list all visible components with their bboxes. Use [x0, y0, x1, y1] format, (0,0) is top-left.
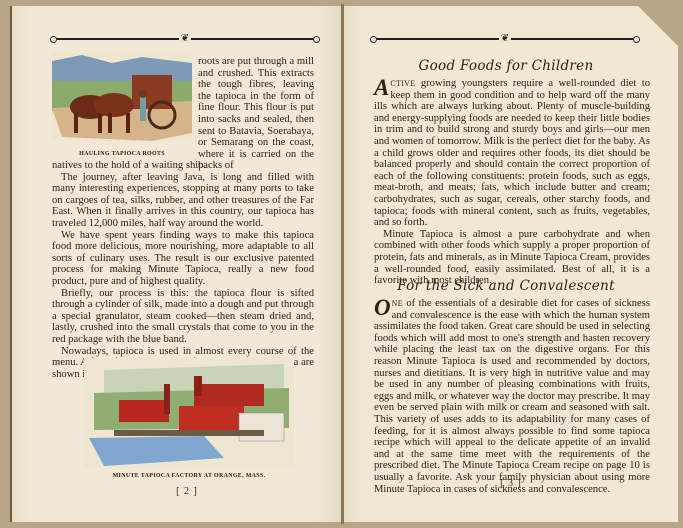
paragraph: We have spent years finding ways to make… — [52, 230, 314, 288]
oxcart-illustration — [52, 53, 192, 141]
section-heading: Good Foods for Children — [364, 58, 648, 74]
drop-cap: A — [374, 78, 389, 97]
ornament-icon: ❦ — [499, 34, 511, 43]
paragraph: One of the essentials of a desirable die… — [374, 298, 650, 495]
ornament-icon: ❦ — [179, 34, 191, 43]
factory-illustration — [84, 358, 294, 468]
section-heading: For the Sick and Convalescent — [364, 278, 648, 294]
section-body: Active growing youngsters require a well… — [374, 78, 650, 287]
figure-caption: HAULING TAPIOCA ROOTS — [52, 151, 192, 157]
drop-cap: O — [374, 298, 391, 317]
ornamental-rule: ❦ — [376, 38, 634, 40]
paragraph: natives to the hold of a waiting ship. — [52, 160, 314, 172]
figure-caption: MINUTE TAPIOCA FACTORY AT ORANGE, MASS. — [72, 473, 306, 479]
left-page: ❦ HAULING TAPIOCA ROOTS roots are put th… — [10, 6, 344, 522]
wrap-text: roots are put through a mill and crushed… — [198, 56, 314, 172]
body-text: natives to the hold of a waiting ship. T… — [52, 160, 314, 380]
paragraph: Active growing youngsters require a well… — [374, 78, 650, 229]
right-page: ❦ Good Foods for Children Active growing… — [344, 6, 678, 522]
section-body: One of the essentials of a desirable die… — [374, 298, 650, 495]
folded-corner — [638, 6, 678, 46]
paragraph: Briefly, our process is this: the tapioc… — [52, 288, 314, 346]
ornamental-rule: ❦ — [56, 38, 314, 40]
page-number: [ 2 ] — [162, 486, 212, 497]
page-number: [ 3 ] — [486, 478, 536, 489]
paragraph: The journey, after leaving Java, is long… — [52, 172, 314, 230]
